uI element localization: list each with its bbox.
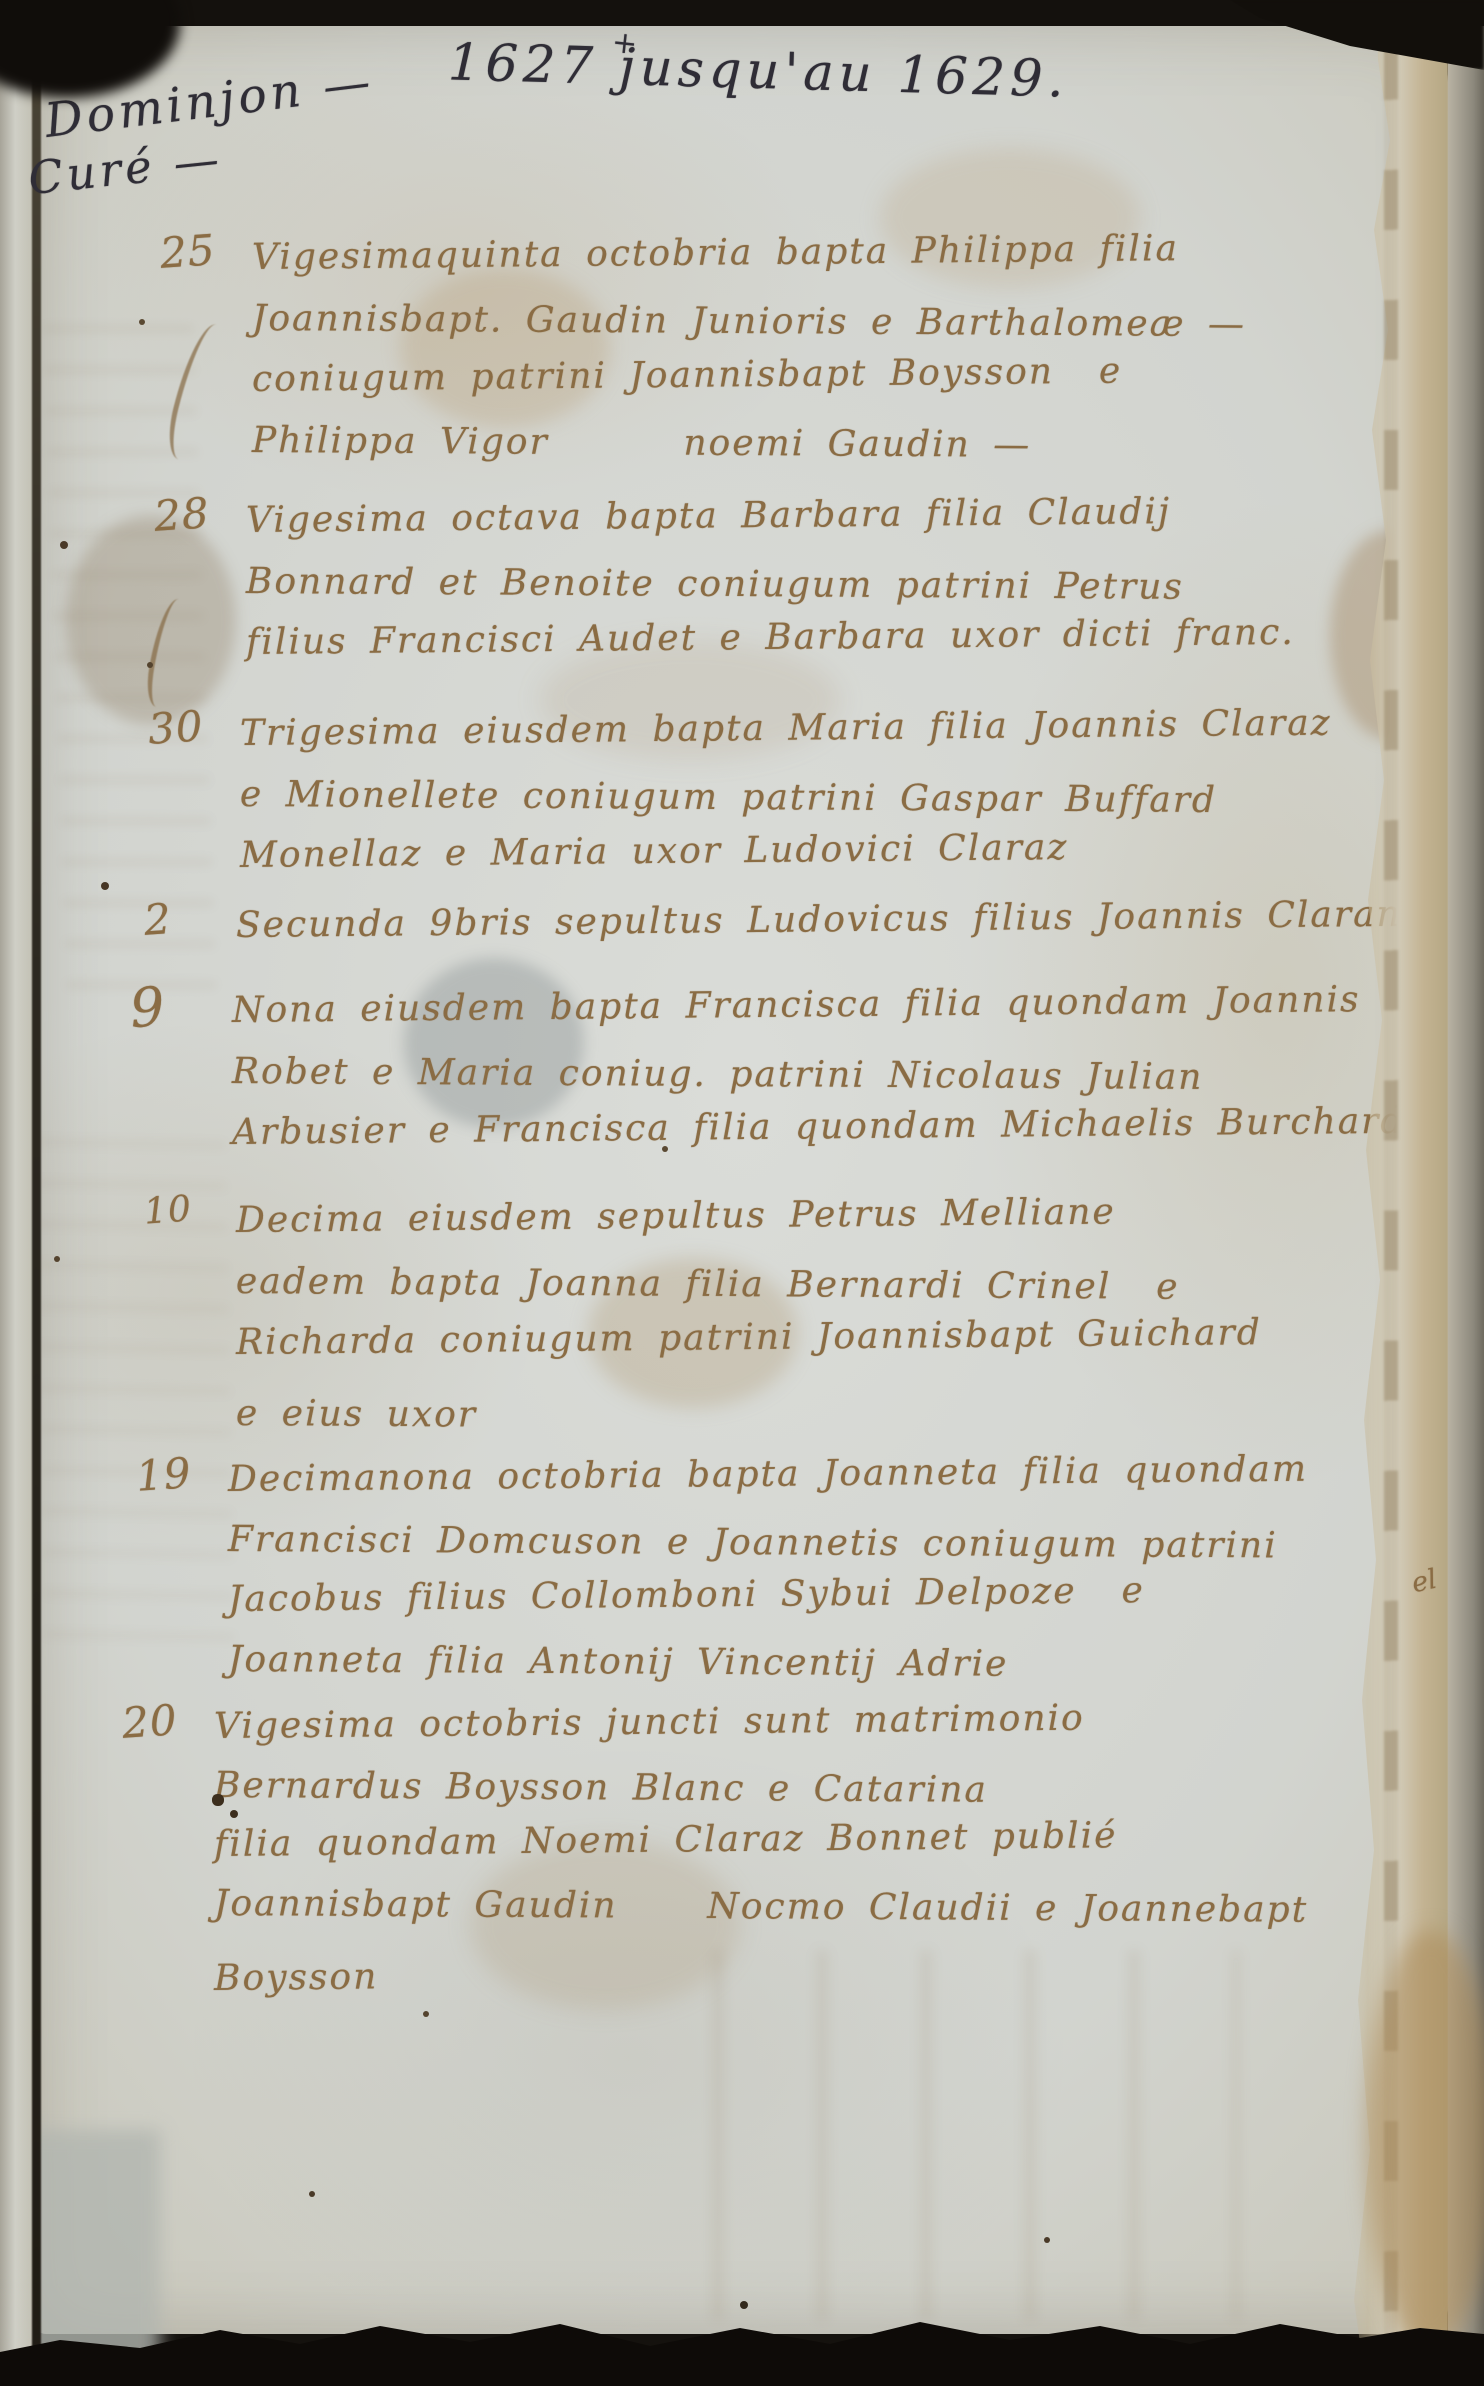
entry-signature: Boysson: [214, 1938, 1309, 2008]
entry-line: Nona eiusdem bapta Francisca filia quond…: [232, 969, 1406, 1041]
entry-line: Decimanona octobria bapta Joanneta filia…: [228, 1440, 1309, 1510]
entry-line: Joanneta filia Antonij Vincentij Adrie: [228, 1630, 1308, 1697]
entry-line: Philippa Vigor noemi Gaudin —: [252, 410, 1246, 477]
entry-line: Secunda 9bris sepultus Ludovicus filius …: [236, 883, 1447, 956]
entry-day-number: 20: [120, 1695, 179, 1748]
entry-day-number: 9: [128, 975, 168, 1040]
entry-day-number: 19: [134, 1448, 193, 1501]
ink-specks: [0, 0, 4, 4]
entry-day-number: 30: [146, 701, 205, 754]
entry-line: e eius uxor: [236, 1383, 1262, 1450]
register-entry-28: 28 Vigesima octava bapta Barbara filia C…: [246, 490, 1295, 673]
entry-line: Richarda coniugum patrini Joannisbapt Gu…: [236, 1302, 1262, 1373]
entry-line: Vigesimaquinta octobria bapta Philippa f…: [252, 217, 1247, 288]
register-entry-10: 10 Decima eiusdem sepultus Petrus Mellia…: [236, 1190, 1262, 1444]
under-pages-edge: [1448, 0, 1484, 2386]
verso-bleedthrough: [35, 1128, 234, 1671]
entry-day-number: 10: [143, 1188, 194, 1232]
entry-day-number: 28: [152, 488, 211, 541]
register-entry-25: 25 Vigesimaquinta octobria bapta Philipp…: [252, 227, 1246, 471]
entry-line: Monellaz e Maria uxor Ludovici Claraz: [240, 815, 1332, 886]
register-entry-30: 30 Trigesima eiusdem bapta Maria filia J…: [240, 703, 1332, 886]
entry-day-number: 2: [142, 894, 173, 945]
entry-line: Vigesima octava bapta Barbara filia Clau…: [246, 480, 1295, 551]
entry-line: Arbusier e Francisca filia quondam Micha…: [232, 1091, 1406, 1163]
entry-line: Decima eiusdem sepultus Petrus Melliane: [236, 1180, 1262, 1251]
entry-line: filius Francisci Audet e Barbara uxor di…: [246, 602, 1295, 673]
facing-page-edge: [0, 24, 34, 2380]
register-entry-9: 9 Nona eiusdem bapta Francisca filia quo…: [232, 980, 1405, 1163]
manuscript-photo: Dominjon — Curé — + 1627 jusqu'au 1629. …: [0, 0, 1484, 2386]
torn-edge-ridge: [1384, 40, 1398, 2370]
entry-line: Vigesima octobris juncti sunt matrimonio: [214, 1686, 1309, 1756]
entry-line: filia quondam Noemi Claraz Bonnet publié: [214, 1804, 1309, 1874]
register-entry-19: 19 Decimanona octobria bapta Joanneta fi…: [228, 1450, 1308, 1690]
entry-line: Joannisbapt Gaudin Nocmo Claudii e Joann…: [214, 1874, 1308, 1940]
register-entry-20: 20 Vigesima octobris juncti sunt matrimo…: [214, 1697, 1308, 2008]
entry-line: Jacobus filius Collomboni Sybui Delpoze …: [228, 1560, 1309, 1630]
entry-line: Trigesima eiusdem bapta Maria filia Joan…: [240, 693, 1332, 764]
binding-gutter: [32, 20, 41, 2382]
entry-day-number: 25: [158, 225, 217, 278]
entry-line: coniugum patrini Joannisbapt Boysson e: [252, 339, 1247, 410]
register-entry-2: 2 Secunda 9bris sepultus Ludovicus filiu…: [236, 895, 1446, 956]
